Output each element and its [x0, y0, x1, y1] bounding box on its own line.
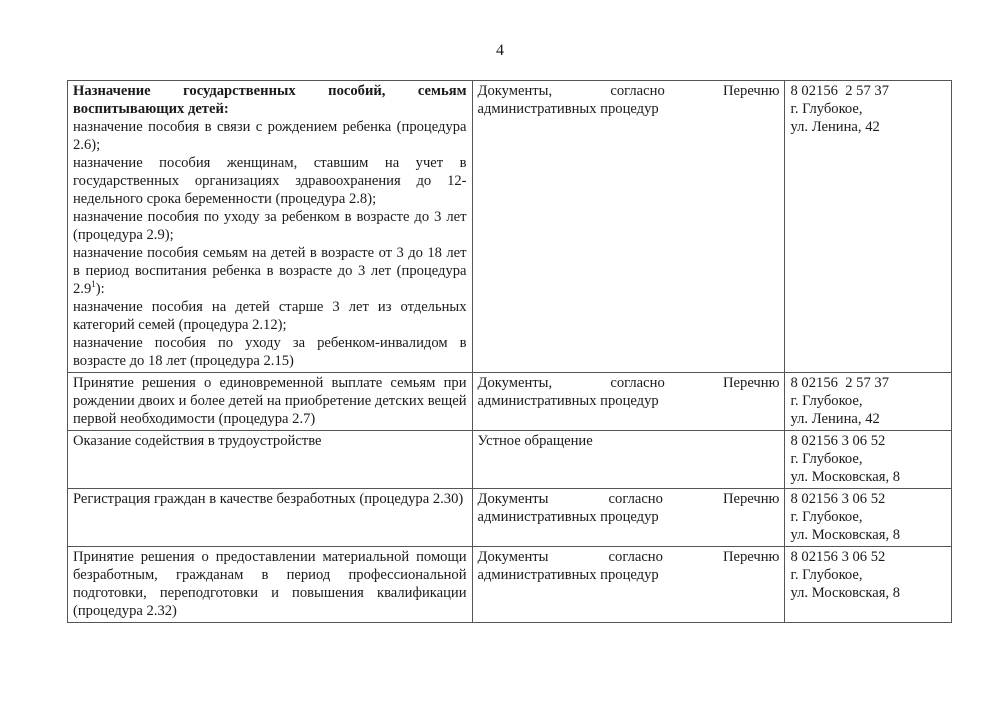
- city: г. Глубокое,: [790, 508, 946, 526]
- service-item: назначение пособия семьям на детей в воз…: [73, 244, 467, 298]
- documents-cell: ДокументысогласноПеречню административны…: [472, 547, 785, 623]
- address: ул. Московская, 8: [790, 468, 946, 486]
- page-number: 4: [0, 42, 1000, 60]
- service-title: Назначение государственных пособий, семь…: [73, 82, 467, 118]
- service-item: назначение пособия по уходу за ребенком …: [73, 208, 467, 244]
- address: ул. Ленина, 42: [790, 118, 946, 136]
- service-cell: Назначение государственных пособий, семь…: [68, 81, 473, 373]
- phone: 8 02156 3 06 52: [790, 490, 946, 508]
- city: г. Глубокое,: [790, 566, 946, 584]
- documents-cell: Устное обращение: [472, 431, 785, 489]
- table-row: Принятие решения о единовременной выплат…: [68, 373, 952, 431]
- service-cell: Принятие решения о предоставлении матери…: [68, 547, 473, 623]
- phone: 8 02156 2 57 37: [790, 82, 946, 100]
- service-item: назначение пособия по уходу за ребенком-…: [73, 334, 467, 370]
- table-row: Назначение государственных пособий, семь…: [68, 81, 952, 373]
- service-item: назначение пособия в связи с рождением р…: [73, 118, 467, 154]
- contact-cell: 8 02156 3 06 52 г. Глубокое, ул. Московс…: [785, 489, 952, 547]
- contact-cell: 8 02156 2 57 37 г. Глубокое, ул. Ленина,…: [785, 373, 952, 431]
- address: ул. Ленина, 42: [790, 410, 946, 428]
- contact-cell: 8 02156 3 06 52 г. Глубокое, ул. Московс…: [785, 431, 952, 489]
- city: г. Глубокое,: [790, 100, 946, 118]
- service-cell: Регистрация граждан в качестве безработн…: [68, 489, 473, 547]
- address: ул. Московская, 8: [790, 526, 946, 544]
- table-row: Принятие решения о предоставлении матери…: [68, 547, 952, 623]
- service-cell: Принятие решения о единовременной выплат…: [68, 373, 473, 431]
- contact-cell: 8 02156 2 57 37 г. Глубокое, ул. Ленина,…: [785, 81, 952, 373]
- table-row: Регистрация граждан в качестве безработн…: [68, 489, 952, 547]
- contact-cell: 8 02156 3 06 52 г. Глубокое, ул. Московс…: [785, 547, 952, 623]
- phone: 8 02156 2 57 37: [790, 374, 946, 392]
- table-row: Оказание содействия в трудоустройстве Ус…: [68, 431, 952, 489]
- documents-cell: ДокументысогласноПеречню административны…: [472, 489, 785, 547]
- documents-cell: Документы,согласноПеречню административн…: [472, 373, 785, 431]
- phone: 8 02156 3 06 52: [790, 432, 946, 450]
- service-item: назначение пособия на детей старше 3 лет…: [73, 298, 467, 334]
- city: г. Глубокое,: [790, 450, 946, 468]
- address: ул. Московская, 8: [790, 584, 946, 602]
- city: г. Глубокое,: [790, 392, 946, 410]
- services-table: Назначение государственных пособий, семь…: [67, 80, 952, 623]
- phone: 8 02156 3 06 52: [790, 548, 946, 566]
- documents-cell: Документы,согласноПеречню административн…: [472, 81, 785, 373]
- service-item: назначение пособия женщинам, ставшим на …: [73, 154, 467, 208]
- service-cell: Оказание содействия в трудоустройстве: [68, 431, 473, 489]
